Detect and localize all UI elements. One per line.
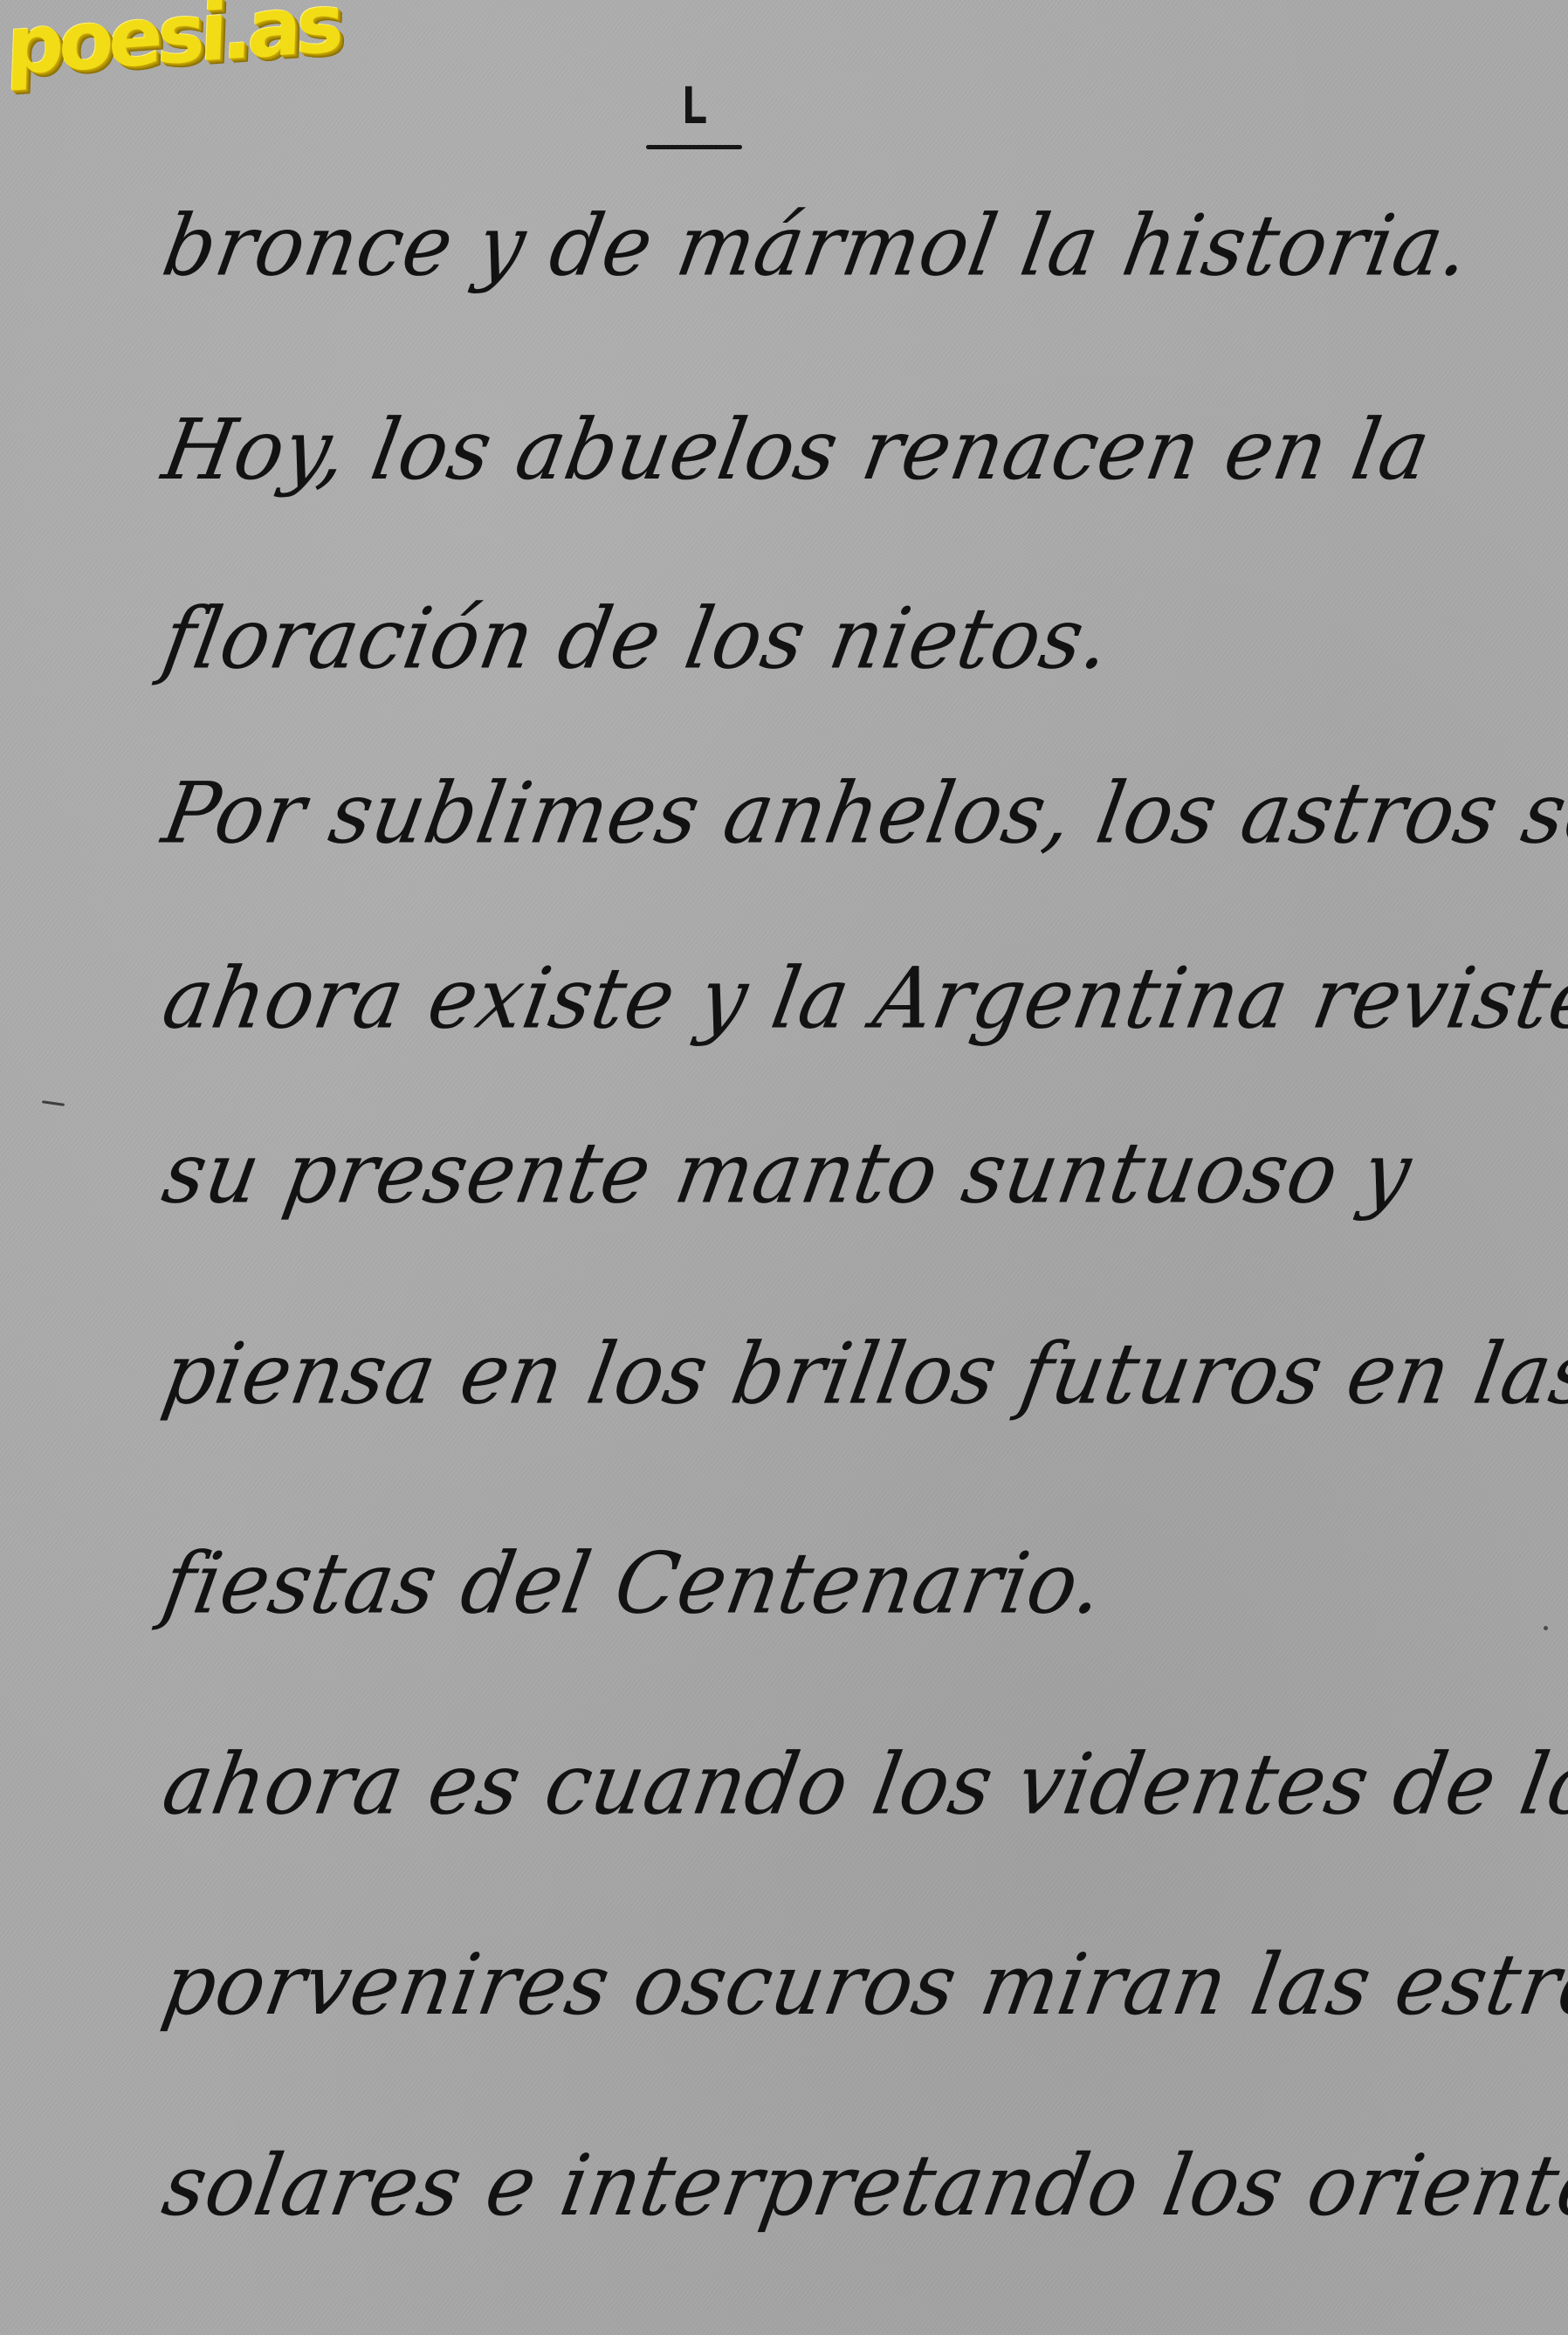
- manuscript-line-6: su presente manto suntuoso y: [157, 1131, 1418, 1216]
- page-number-underline: [646, 145, 742, 149]
- page-number-glyph: L: [651, 80, 738, 131]
- manuscript-line-2: Hoy, los abuelos renacen en la: [157, 408, 1436, 492]
- manuscript-line-8: fiestas del Centenario.: [157, 1541, 1110, 1626]
- manuscript-page: poesi.as L bronce y de mármol la histori…: [0, 0, 1568, 2335]
- manuscript-line-11: solares e interpretando los orientes: [157, 2144, 1568, 2228]
- stray-ink-mark: [42, 1100, 65, 1106]
- manuscript-line-3: floración de los nietos.: [157, 596, 1117, 681]
- poesias-watermark-logo: poesi.as: [5, 0, 340, 87]
- manuscript-line-9: ahora es cuando los videntes de los: [157, 1742, 1568, 1827]
- manuscript-line-7: piensa en los brillos futuros en las: [157, 1332, 1568, 1416]
- manuscript-line-5: ahora existe y la Argentina reviste: [157, 956, 1568, 1041]
- manuscript-line-4: Por sublimes anhelos, los astros soñados: [157, 771, 1568, 856]
- paper-speck: [1481, 2167, 1483, 2170]
- manuscript-line-1: bronce y de mármol la historia.: [157, 203, 1476, 288]
- paper-speck: [1544, 1626, 1548, 1630]
- manuscript-line-10: porvenires oscuros miran las estrellas: [157, 1943, 1568, 2028]
- page-number-mark: L: [646, 80, 742, 149]
